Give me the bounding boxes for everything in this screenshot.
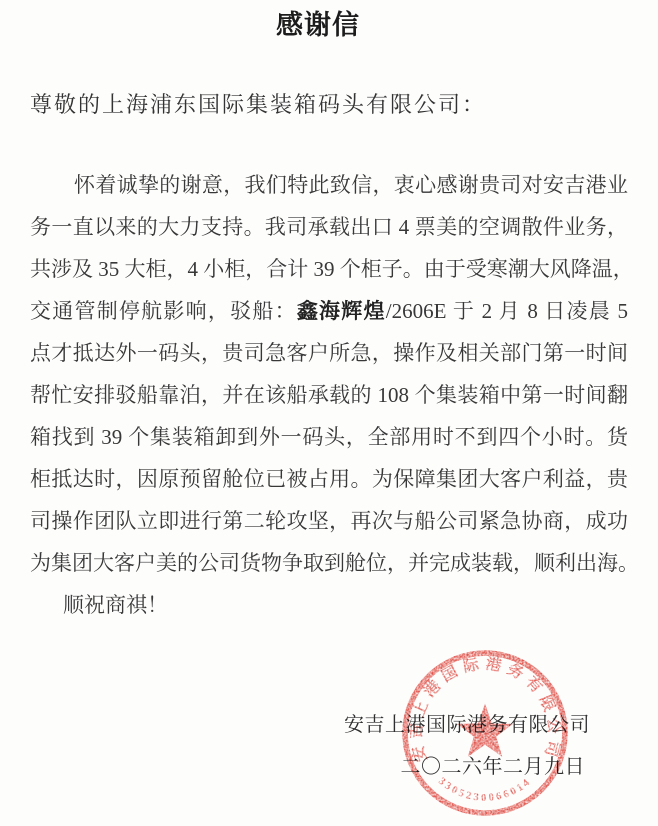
body-line: 柜抵达时，因原预留舱位已被占用。为保障集团大客户利益，贵 bbox=[30, 458, 628, 500]
letter-page: 感谢信 尊敬的上海浦东国际集装箱码头有限公司： 怀着诚挚的谢意，我们特此致信，衷… bbox=[0, 0, 658, 826]
letter-title: 感谢信 bbox=[19, 6, 617, 44]
body-line-vessel: 交通管制停航影响，驳船：鑫海辉煌/2606E 于 2 月 8 日凌晨 5 bbox=[30, 290, 628, 332]
body-line: 务一直以来的大力支持。我司承载出口 4 票美的空调散件业务， bbox=[30, 206, 628, 248]
vessel-line-pre: 交通管制停航影响，驳船： bbox=[30, 299, 297, 323]
vessel-name: 鑫海辉煌 bbox=[297, 299, 386, 323]
signature-block: 安吉上港国际港务有限公司 二〇二六年二月九日 bbox=[30, 712, 628, 780]
body-line: 为集团大客户美的公司货物争取到舱位，并完成装载，顺利出海。 bbox=[30, 542, 628, 584]
salutation-line: 尊敬的上海浦东国际集装箱码头有限公司： bbox=[30, 92, 628, 118]
letter-body: 怀着诚挚的谢意，我们特此致信，衷心感谢贵司对安吉港业 务一直以来的大力支持。我司… bbox=[30, 164, 628, 626]
body-line: 帮忙安排驳船靠泊，并在该船承载的 108 个集装箱中第一时间翻 bbox=[30, 374, 628, 416]
body-line: 司操作团队立即进行第二轮攻坚，再次与船公司紧急协商，成功 bbox=[30, 500, 628, 542]
signature-date: 二〇二六年二月九日 bbox=[30, 754, 628, 780]
vessel-line-post: /2606E 于 2 月 8 日凌晨 5 bbox=[386, 299, 628, 323]
body-line: 箱找到 39 个集装箱卸到外一码头，全部用时不到四个小时。货 bbox=[30, 416, 628, 458]
body-line: 共涉及 35 大柜，4 小柜，合计 39 个柜子。由于受寒潮大风降温， bbox=[30, 248, 628, 290]
closing-line: 顺祝商祺！ bbox=[30, 584, 628, 626]
body-line: 怀着诚挚的谢意，我们特此致信，衷心感谢贵司对安吉港业 bbox=[30, 164, 628, 206]
signature-company: 安吉上港国际港务有限公司 bbox=[30, 712, 628, 738]
seal-number: 3305230066014 bbox=[436, 776, 534, 804]
body-line: 点才抵达外一码头，贵司急客户所急，操作及相关部门第一时间 bbox=[30, 332, 628, 374]
